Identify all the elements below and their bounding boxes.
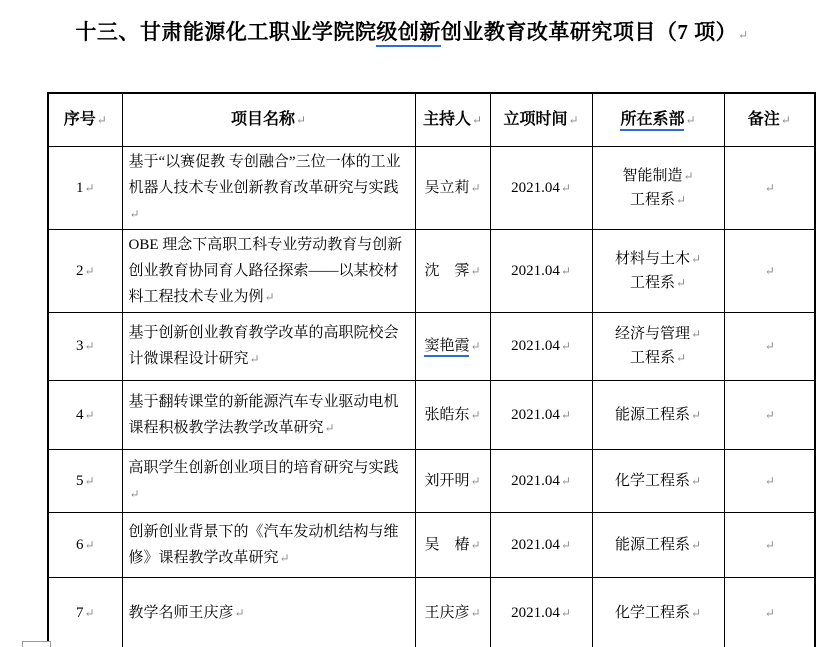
host-cell: 刘开明↵ (415, 449, 490, 512)
paragraph-mark-icon: ↵ (568, 113, 578, 127)
paragraph-mark-icon: ↵ (130, 207, 140, 221)
title-text-post: 创业教育改革研究项目（7 项） (441, 20, 737, 44)
paragraph-mark-icon: ↵ (691, 252, 701, 266)
header-project-name: 项目名称↵ (122, 93, 415, 146)
seq-cell: 3↵ (48, 312, 122, 380)
remark-cell: ↵ (724, 146, 815, 229)
title-text-pre: 十三、甘肃能源化工职业学院院 (75, 20, 376, 44)
table-row: 5↵ 高职学生创新创业项目的培育研究与实践↵ 刘开明↵ 2021.04↵ 化学工… (48, 449, 815, 512)
paragraph-mark-icon: ↵ (765, 408, 775, 422)
host-spellcheck-underline: 窦艳霞 (424, 338, 469, 357)
title-spellcheck-underline: 级创新 (376, 20, 441, 47)
date-cell: 2021.04↵ (490, 380, 592, 449)
paragraph-mark-icon: ↵ (691, 474, 701, 488)
project-name-cell: 教学名师王庆彦↵ (122, 577, 415, 647)
paragraph-mark-icon: ↵ (296, 113, 306, 127)
remark-cell: ↵ (724, 312, 815, 380)
department-cell: 经济与管理↵ 工程系↵ (592, 312, 724, 380)
paragraph-mark-icon: ↵ (765, 181, 775, 195)
projects-table: 序号↵ 项目名称↵ 主持人↵ 立项时间↵ 所在系部↵ 备注↵ 1↵ 基于“以赛促… (47, 92, 816, 647)
remark-cell: ↵ (724, 229, 815, 312)
table-row: 3↵ 基于创新创业教育教学改革的高职院校会计微课程设计研究↵ 窦艳霞↵ 2021… (48, 312, 815, 380)
header-spellcheck-underline: 所在系部 (620, 111, 684, 131)
paragraph-mark-icon: ↵ (470, 264, 480, 278)
paragraph-mark-icon: ↵ (84, 474, 94, 488)
remark-cell: ↵ (724, 380, 815, 449)
paragraph-mark-icon: ↵ (765, 538, 775, 552)
project-name-cell: 基于“以赛促教 专创融合”三位一体的工业机器人技术专业创新教育改革研究与实践↵ (122, 146, 415, 229)
paragraph-mark-icon: ↵ (561, 264, 571, 278)
paragraph-mark-icon: ↵ (470, 474, 480, 488)
header-remark: 备注↵ (724, 93, 815, 146)
date-cell: 2021.04↵ (490, 229, 592, 312)
host-cell: 吴立莉↵ (415, 146, 490, 229)
paragraph-mark-icon: ↵ (561, 181, 571, 195)
paragraph-mark-icon: ↵ (84, 408, 94, 422)
paragraph-mark-icon: ↵ (765, 339, 775, 353)
paragraph-mark-icon: ↵ (84, 264, 94, 278)
paragraph-mark-icon: ↵ (470, 408, 480, 422)
paragraph-mark-icon: ↵ (561, 606, 571, 620)
department-cell: 化学工程系↵ ↵ (592, 449, 724, 512)
department-cell: 智能制造↵ 工程系↵ (592, 146, 724, 229)
host-cell: 张皓东↵ (415, 380, 490, 449)
seq-cell: 5↵ (48, 449, 122, 512)
header-host: 主持人↵ (415, 93, 490, 146)
header-date: 立项时间↵ (490, 93, 592, 146)
paragraph-mark-icon: ↵ (470, 606, 480, 620)
paragraph-mark-icon: ↵ (84, 339, 94, 353)
document-page: 十三、甘肃能源化工职业学院院级创新创业教育改革研究项目（7 项）↵ 序号↵ 项目… (0, 0, 824, 647)
paragraph-mark-icon: ↵ (685, 113, 695, 127)
header-row: 序号↵ 项目名称↵ 主持人↵ 立项时间↵ 所在系部↵ 备注↵ (48, 93, 815, 146)
paragraph-mark-icon: ↵ (84, 181, 94, 195)
paragraph-mark-icon: ↵ (130, 487, 140, 501)
paragraph-mark-icon: ↵ (691, 606, 701, 620)
paragraph-mark-icon: ↵ (235, 606, 245, 620)
paragraph-mark-icon: ↵ (691, 538, 701, 552)
paragraph-mark-icon: ↵ (84, 538, 94, 552)
date-cell: 2021.04↵ (490, 577, 592, 647)
paragraph-mark-icon: ↵ (781, 113, 791, 127)
department-cell: 能源工程系↵ ↵ (592, 380, 724, 449)
date-cell: 2021.04↵ (490, 146, 592, 229)
table-row: 6↵ 创新创业背景下的《汽车发动机结构与维修》课程教学改革研究↵ 吴 椿↵ 20… (48, 512, 815, 577)
paragraph-mark-icon: ↵ (676, 276, 686, 290)
paragraph-mark-icon: ↵ (325, 421, 335, 435)
paragraph-mark-icon: ↵ (691, 327, 701, 341)
paragraph-mark-icon: ↵ (676, 193, 686, 207)
paragraph-mark-icon: ↵ (561, 339, 571, 353)
paragraph-mark-icon: ↵ (561, 408, 571, 422)
header-seq: 序号↵ (48, 93, 122, 146)
table-row: 2↵ OBE 理念下高职工科专业劳动教育与创新创业教育协同育人路径探索——以某校… (48, 229, 815, 312)
date-cell: 2021.04↵ (490, 449, 592, 512)
paragraph-mark-icon: ↵ (676, 351, 686, 365)
paragraph-mark-icon: ↵ (470, 538, 480, 552)
table-row: 1↵ 基于“以赛促教 专创融合”三位一体的工业机器人技术专业创新教育改革研究与实… (48, 146, 815, 229)
remark-cell: ↵ (724, 577, 815, 647)
seq-cell: 7↵ (48, 577, 122, 647)
paragraph-mark-icon: ↵ (470, 339, 480, 353)
seq-cell: 1↵ (48, 146, 122, 229)
date-cell: 2021.04↵ (490, 512, 592, 577)
host-cell: 沈 霁↵ (415, 229, 490, 312)
paragraph-mark-icon: ↵ (280, 551, 290, 565)
paragraph-mark-icon: ↵ (738, 28, 749, 42)
host-cell: 窦艳霞↵ (415, 312, 490, 380)
paragraph-mark-icon: ↵ (561, 538, 571, 552)
remark-cell: ↵ (724, 449, 815, 512)
table-row: 7↵ 教学名师王庆彦↵ 王庆彦↵ 2021.04↵ 化学工程系↵ ↵ ↵ (48, 577, 815, 647)
paragraph-mark-icon: ↵ (84, 606, 94, 620)
department-cell: 材料与土木↵ 工程系↵ (592, 229, 724, 312)
project-name-cell: 基于创新创业教育教学改革的高职院校会计微课程设计研究↵ (122, 312, 415, 380)
page-title: 十三、甘肃能源化工职业学院院级创新创业教育改革研究项目（7 项）↵ (0, 16, 824, 46)
remark-cell: ↵ (724, 512, 815, 577)
paragraph-mark-icon: ↵ (472, 113, 482, 127)
paragraph-mark-icon: ↵ (691, 408, 701, 422)
next-table-fragment (22, 641, 51, 647)
paragraph-mark-icon: ↵ (561, 474, 571, 488)
project-name-cell: 高职学生创新创业项目的培育研究与实践↵ (122, 449, 415, 512)
project-name-cell: 创新创业背景下的《汽车发动机结构与维修》课程教学改革研究↵ (122, 512, 415, 577)
date-cell: 2021.04↵ (490, 312, 592, 380)
paragraph-mark-icon: ↵ (683, 169, 693, 183)
host-cell: 吴 椿↵ (415, 512, 490, 577)
paragraph-mark-icon: ↵ (250, 352, 260, 366)
seq-cell: 2↵ (48, 229, 122, 312)
paragraph-mark-icon: ↵ (265, 290, 275, 304)
host-cell: 王庆彦↵ (415, 577, 490, 647)
paragraph-mark-icon: ↵ (765, 264, 775, 278)
header-department: 所在系部↵ (592, 93, 724, 146)
department-cell: 化学工程系↵ ↵ (592, 577, 724, 647)
seq-cell: 4↵ (48, 380, 122, 449)
project-name-cell: OBE 理念下高职工科专业劳动教育与创新创业教育协同育人路径探索——以某校材料工… (122, 229, 415, 312)
paragraph-mark-icon: ↵ (765, 474, 775, 488)
project-name-cell: 基于翻转课堂的新能源汽车专业驱动电机课程积极教学法教学改革研究↵ (122, 380, 415, 449)
seq-cell: 6↵ (48, 512, 122, 577)
paragraph-mark-icon: ↵ (97, 113, 107, 127)
department-cell: 能源工程系↵ ↵ (592, 512, 724, 577)
table-row: 4↵ 基于翻转课堂的新能源汽车专业驱动电机课程积极教学法教学改革研究↵ 张皓东↵… (48, 380, 815, 449)
paragraph-mark-icon: ↵ (765, 606, 775, 620)
paragraph-mark-icon: ↵ (470, 181, 480, 195)
